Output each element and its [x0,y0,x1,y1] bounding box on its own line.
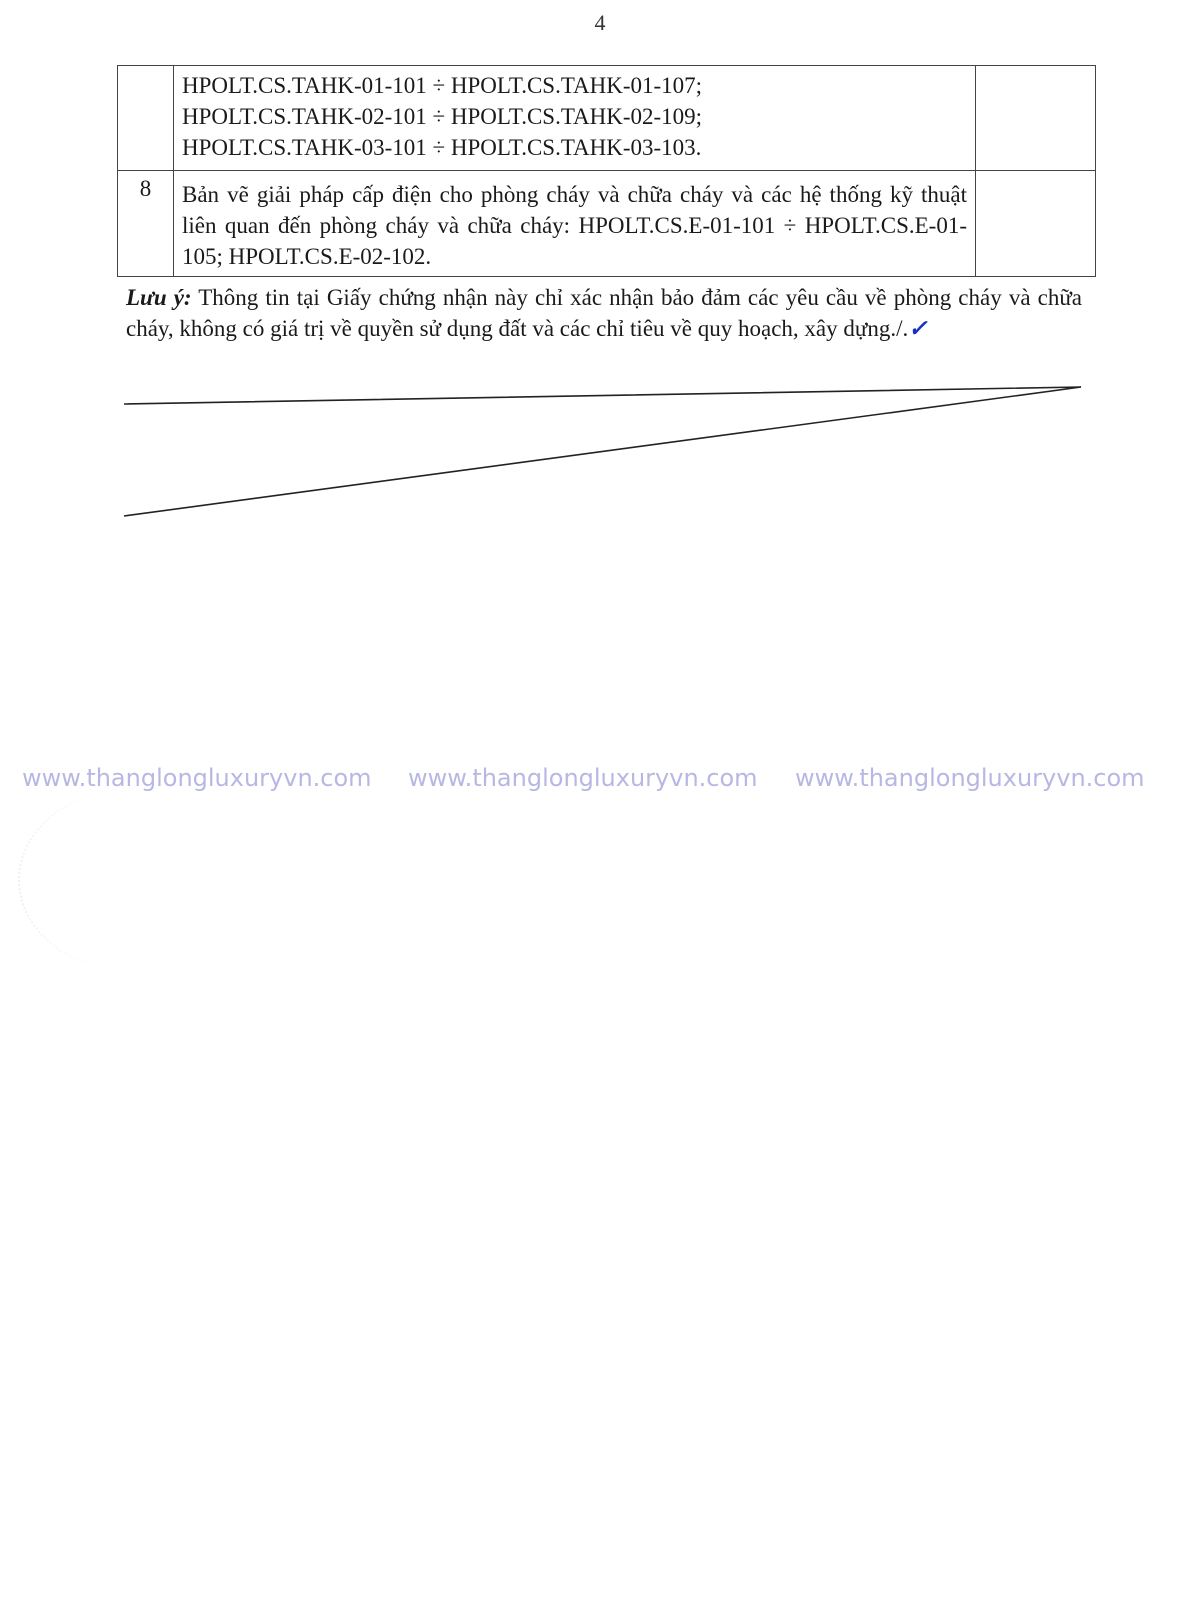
faint-stamp-trace [18,790,240,970]
watermark-text: www.thanglongluxuryvn.com [408,764,758,792]
watermark: www.thanglongluxuryvn.com www.thanglongl… [0,764,1200,800]
watermark-text: www.thanglongluxuryvn.com [795,764,1145,792]
closing-z-line [0,0,1200,600]
watermark-text: www.thanglongluxuryvn.com [22,764,372,792]
